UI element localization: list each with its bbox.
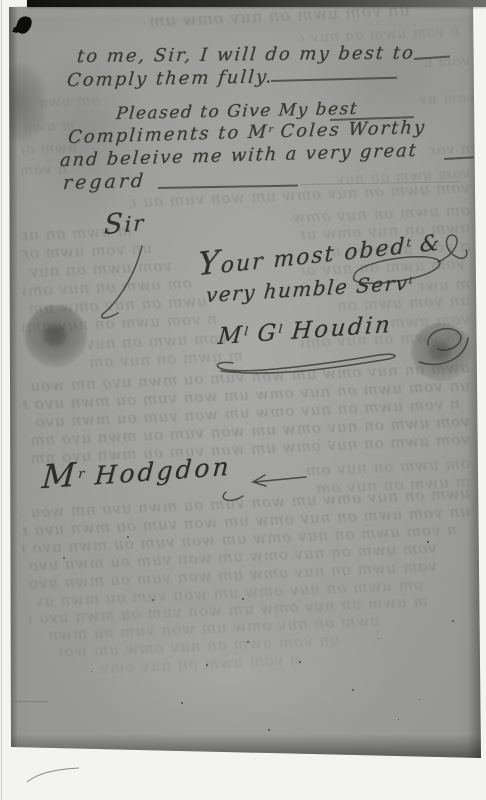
letter-addressee: Mr Hodgdon	[41, 445, 233, 497]
stray-hairline-curve	[27, 768, 79, 782]
letter-body-line: regard	[62, 170, 147, 194]
handwriting-layer: to me, Sir, I will do my best to Comply …	[0, 0, 486, 800]
pen-dash	[300, 181, 460, 185]
letter-body-line: to me, Sir, I will do my best to	[76, 42, 416, 67]
text-fragment: M	[41, 462, 79, 494]
pen-dash	[414, 55, 450, 60]
scanned-letter-page: un vom uwm on nuv omw um won vum ou mwn …	[0, 0, 486, 800]
pen-dash	[158, 185, 298, 189]
scan-edge-bar	[27, 0, 486, 7]
text-fragment: G	[247, 320, 280, 348]
superscript-fragment: t	[408, 275, 413, 286]
text-fragment: Hodgdon	[83, 452, 233, 492]
pen-dash	[271, 77, 397, 82]
letter-signature: Ml Gl Houdin	[217, 312, 393, 350]
letter-body-line: Comply them fully.	[66, 66, 274, 91]
text-fragment: Houdin	[281, 312, 393, 346]
paper-sheet: un vom uwm on nuv omw um won vum ou mwn …	[0, 0, 486, 800]
pen-dash	[444, 156, 474, 160]
text-fragment: &	[410, 230, 441, 258]
letter-salutation: Sir	[103, 206, 145, 242]
scan-left-margin-line	[1, 0, 2, 800]
text-fragment: M	[217, 322, 245, 350]
text-fragment: Coles Worthy	[272, 117, 427, 142]
